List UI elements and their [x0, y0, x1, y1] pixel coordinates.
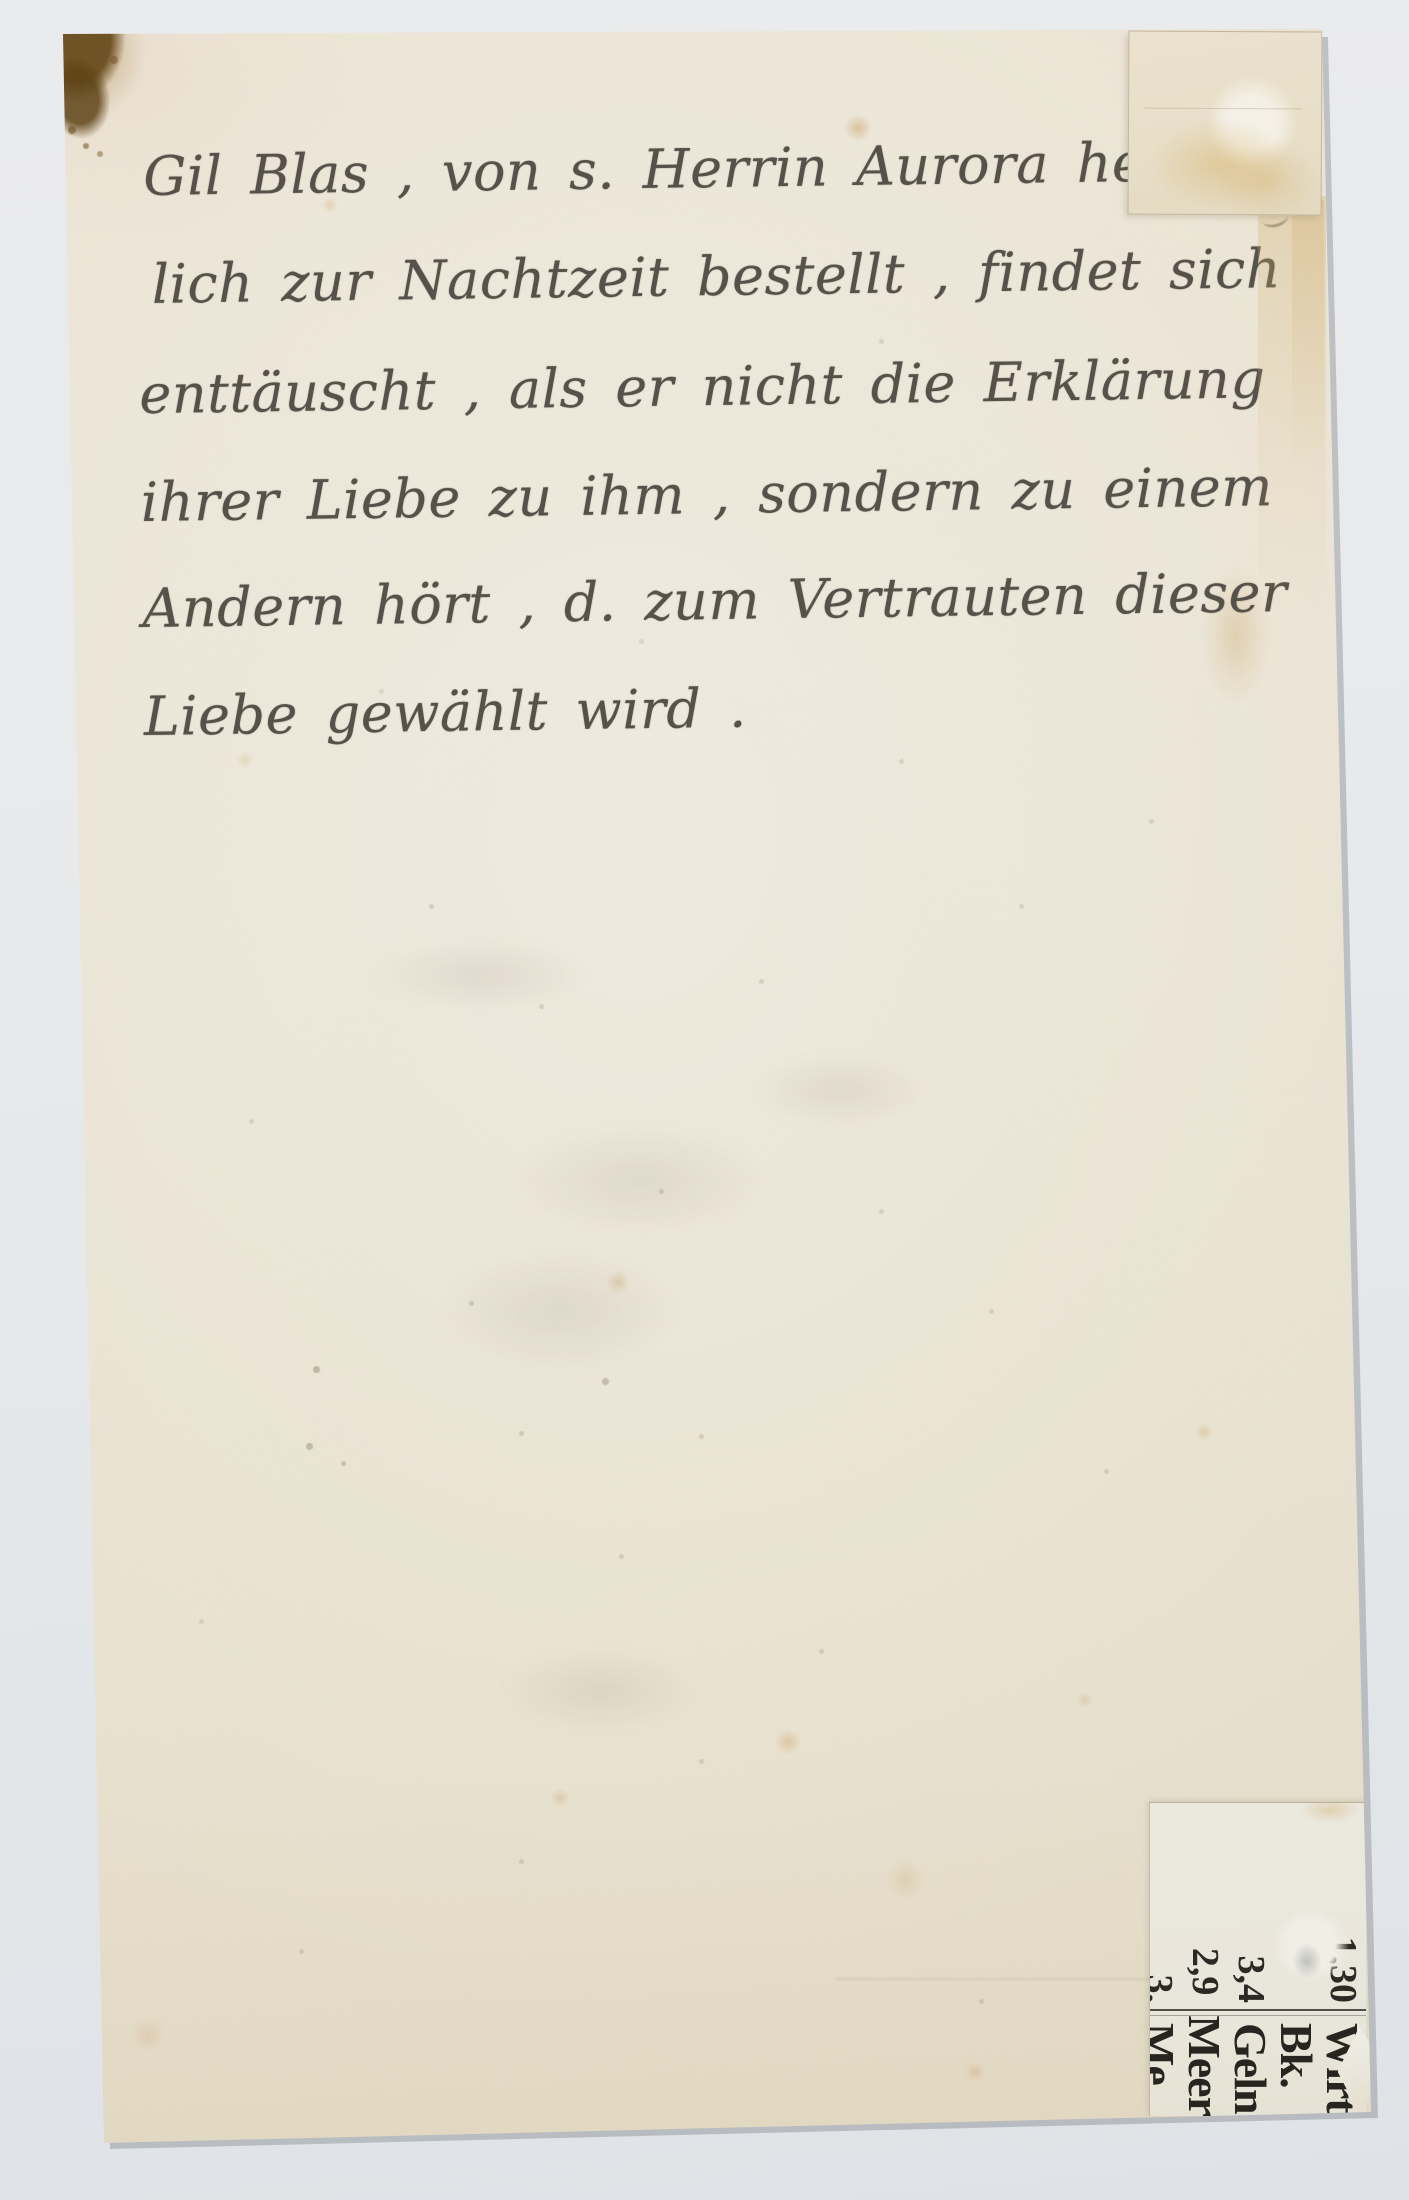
edge-vignette [0, 0, 1409, 2200]
manuscript-page: Gil Blas , von s. Herrin Aurora heim lic… [0, 0, 1409, 2200]
stain-droplets [0, 0, 4, 4]
scanned-document: Gil Blas , von s. Herrin Aurora heim lic… [0, 0, 1409, 2200]
dirt-speckles [0, 0, 3, 3]
